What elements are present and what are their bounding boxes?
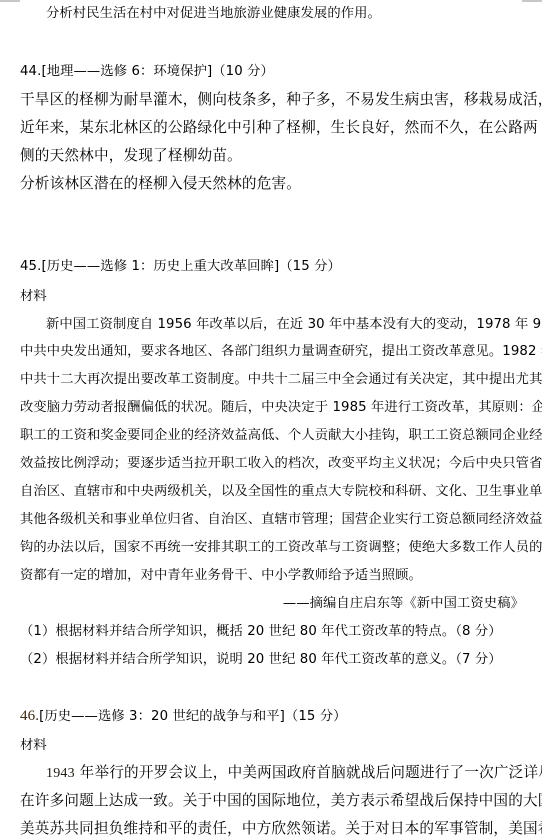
q45-material-line: 新中国工资制度自 1956 年改革以后，在近 30 年中基本没有大的变动，197… [20,316,532,334]
q46-material-line: 美英苏共同担负维持和平的责任，中方欣然领诺。关于对日本的军事管制，美国希望以中国 [20,820,532,838]
q46-material-line: 1943 年举行的开罗会议上，中美两国政府首脑就战后问题进行了一次广泛详尽的讨论… [20,764,532,783]
q44-body-line: 侧的天然林中，发现了柽柳幼苗。 [20,147,532,165]
q45-material-label: 材料 [20,288,532,306]
q46-material-label: 材料 [20,737,532,755]
q45-subquestion-2: （2）根据材料并结合所学知识，说明 20 世纪 80 年代工资改革的意义。（7 … [20,651,532,669]
q44-header: 44.[地理——选修 6：环境保护]（10 分） [20,63,532,81]
q45-source-attribution: ——摘编自庄启东等《新中国工资史稿》 [20,595,524,613]
q46-year: 1943 [46,766,75,781]
q46-material-line: 在许多问题上达成一致。关于中国的国际地位，美方表示希望战后保持中国的大国地位，与 [20,792,532,810]
q45-material-line: 效益按比例浮动；要逐步适当拉开职工收入的档次，改变平均主义状况；今后中央只管省、 [20,455,532,473]
page-corner-mark-left [0,0,20,2]
q45-material-line: 其他各级机关和事业单位归省、自治区、直辖市管理；国营企业实行工资总额同经济效益挂 [20,511,532,529]
q44-body-line: 干旱区的柽柳为耐旱灌木，侧向枝条多，种子多，不易发生病虫害，移栽易成活， [20,91,532,109]
q45-material-line: 职工的工资和奖金要同企业的经济效益高低、个人贡献大小挂钩，职工工资总额同企业经济 [20,427,532,445]
q45-material-line: 资都有一定的增加，对中青年业务骨干、中小学教师给予适当照顾。 [20,567,532,585]
q46-header: 46.[历史——选修 3：20 世纪的战争与和平]（15 分） [20,707,532,726]
q45-material-line: 中共中央发出通知，要求各地区、各部门组织力量调查研究，提出工资改革意见。1982… [20,343,532,361]
q45-material-line: 改变脑力劳动者报酬偏低的状况。随后，中央决定于 1985 年进行工资改革，其原则… [20,399,532,417]
q45-material-line: 钩的办法以后，国家不再统一安排其职工的工资改革与工资调整；使绝大多数工作人员的工 [20,539,532,557]
q44-question-line: 分析该林区潜在的柽柳入侵天然林的危害。 [20,175,532,193]
q44-body-line: 近年来，某东北林区的公路绿化中引种了柽柳，生长良好，然而不久，在公路两 [20,119,532,137]
q45-header: 45.[历史——选修 1：历史上重大改革回眸]（15 分） [20,258,532,276]
q45-material-line: 中共十二大再次提出要改革工资制度。中共十二届三中全会通过有关决定，其中提出尤其要 [20,371,532,389]
q45-subquestion-1: （1）根据材料并结合所学知识，概括 20 世纪 80 年代工资改革的特点。（8 … [20,623,532,641]
q46-material-text: 年举行的开罗会议上，中美两国政府首脑就战后问题进行了一次广泛详尽的讨论， [75,764,542,781]
q46-title: [历史——选修 3：20 世纪的战争与和平]（15 分） [39,709,347,724]
q46-number: 46. [20,708,39,724]
q45-material-line: 自治区、直辖市和中央两级机关，以及全国性的重点大专院校和科研、文化、卫生事业单位… [20,483,532,501]
q43-question-line: 分析村民生活在村中对促进当地旅游业健康发展的作用。 [20,5,532,23]
page-corner-mark-right [522,0,542,2]
